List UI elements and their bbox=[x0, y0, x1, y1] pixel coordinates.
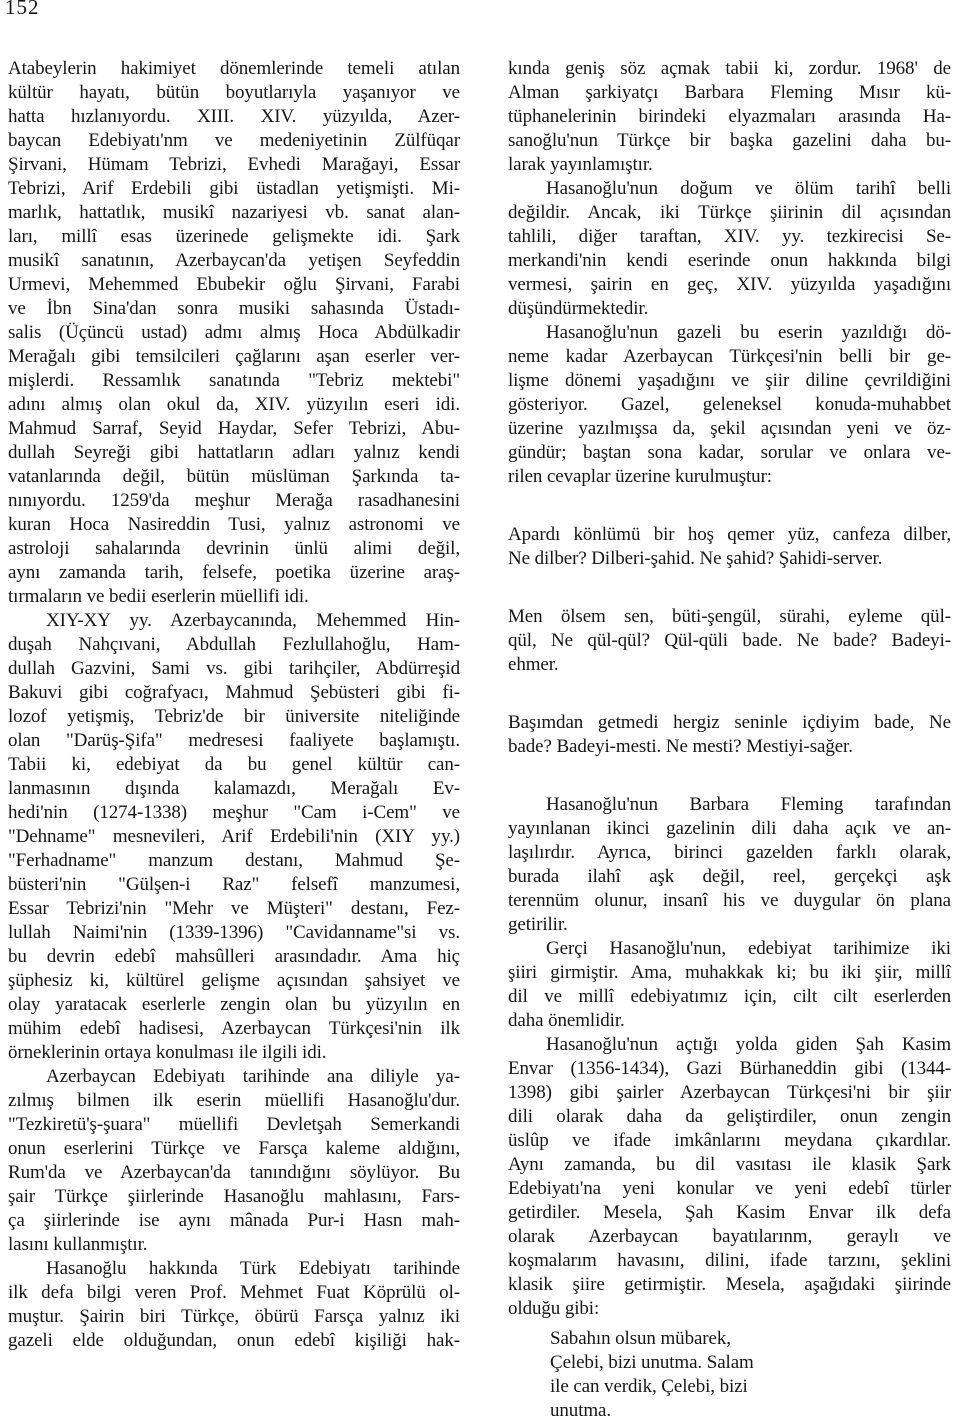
paragraph: XIY-XY yy. Azerbaycanında, Mehemmed Hin-… bbox=[8, 609, 460, 1065]
text-line: vermesi, şairin en geç, XIV. yüzyılda ya… bbox=[508, 273, 951, 297]
text-line: ve İbn Sina'dan sonra musiki sahasında Ü… bbox=[8, 297, 460, 321]
text-line: ları, millî esas üzerinede gelişmekte id… bbox=[8, 225, 460, 249]
text-line: lullah Naimi'nin (1339-1396) "Cavidannam… bbox=[8, 921, 460, 945]
paragraph: Hasanoğlu'nun gazeli bu eserin yazıldığı… bbox=[508, 321, 951, 489]
text-line: Hasanoğlu'nun açtığı yolda giden Şah Kas… bbox=[508, 1033, 951, 1057]
text-line: muştur. Şairin biri Türkçe, öbürü Farsça… bbox=[8, 1305, 460, 1329]
text-line: Hasanoğlu'nun doğum ve ölüm tarihî belli bbox=[508, 177, 951, 201]
text-line: yayınlanan ikinci gazelinin dili daha aç… bbox=[508, 817, 951, 841]
left-column: Atabeylerin hakimiyet dönemlerinde temel… bbox=[8, 57, 460, 1353]
text-line: Alman şarkiyatçı Barbara Fleming Mısır k… bbox=[508, 81, 951, 105]
text-line: lasını kullanmıştır. bbox=[8, 1233, 460, 1257]
text-line: duşah Nahçıvani, Abdullah Fezlullahoğlu,… bbox=[8, 633, 460, 657]
text-line: şair Türkçe şiirlerinde Hasanoğlu mahlas… bbox=[8, 1185, 460, 1209]
text-line: lişme dönemi yaşadığını ve şiir diline ç… bbox=[508, 369, 951, 393]
spacer bbox=[508, 677, 951, 711]
text-line: "Ferhadname" manzum destanı, Mahmud Şe- bbox=[8, 849, 460, 873]
text-line: "Tezkiretü'ş-şuara" müellifi Devletşah S… bbox=[8, 1113, 460, 1137]
text-line: ça şiirlerinde ise aynı mânada Pur-i Has… bbox=[8, 1209, 460, 1233]
text-line: astroloji sahalarında devrinin ünlü alim… bbox=[8, 537, 460, 561]
document-page: 152 Atabeylerin hakimiyet dönemlerinde t… bbox=[0, 0, 960, 1428]
text-line: Essar Tebrizi'nin "Mehr ve Müşteri" dest… bbox=[8, 897, 460, 921]
text-line: dullah Seyreği gibi hattatların adları y… bbox=[8, 441, 460, 465]
poem-stanza: Sabahın olsun mübarek,Çelebi, bizi unutm… bbox=[550, 1327, 951, 1423]
paragraph: Hasanoğlu'nun doğum ve ölüm tarihî belli… bbox=[508, 177, 951, 321]
text-line: getirdiler. Mesela, Şah Kasim Envar ilk … bbox=[508, 1201, 951, 1225]
text-line: burada ilahî aşk değil, reel, gerçekçi a… bbox=[508, 865, 951, 889]
text-line: lanmasının dışında kalamazdı, Merağalı E… bbox=[8, 777, 460, 801]
text-line: dili olarak daha da geliştirdiler, onun … bbox=[508, 1105, 951, 1129]
page-number: 152 bbox=[5, 0, 40, 18]
text-line: Aynı zamanda, bu dil vasıtası ile klasik… bbox=[508, 1153, 951, 1177]
text-line: onun eserlerini Türkçe ve Farsça kaleme … bbox=[8, 1137, 460, 1161]
text-line: gazeli elde olduğundan, onun edebî kişil… bbox=[8, 1329, 460, 1353]
text-line: Atabeylerin hakimiyet dönemlerinde temel… bbox=[8, 57, 460, 81]
text-line: mişlerdi. Ressamlık sanatında "Tebriz me… bbox=[8, 369, 460, 393]
text-line: lozof yetişmiş, Tebriz'de bir üniversite… bbox=[8, 705, 460, 729]
verse-line: Çelebi, bizi unutma. Salam bbox=[550, 1351, 951, 1375]
verse-line: Ne dilber? Dilberi-şahid. Ne şahid? Şahi… bbox=[508, 547, 951, 571]
verse-line: ile can verdik, Çelebi, bizi bbox=[550, 1375, 951, 1399]
text-line: sanoğlu'nun Türkçe bir başka gazelini da… bbox=[508, 129, 951, 153]
poem-stanza: Başımdan getmedi hergiz seninle içdiyim … bbox=[508, 711, 951, 759]
text-line: bu devrin edebî mahsûlleri arasındadır. … bbox=[8, 945, 460, 969]
text-line: Envar (1356-1434), Gazi Bürhaneddin gibi… bbox=[508, 1057, 951, 1081]
text-line: Şirvani, Hümam Tebrizi, Evhedi Marağayi,… bbox=[8, 153, 460, 177]
text-line: musikî sanatının, Azerbaycan'da yetişen … bbox=[8, 249, 460, 273]
verse-line: Men ölsem sen, büti-şengül, sürahi, eyle… bbox=[508, 605, 951, 629]
text-line: daha önemlidir. bbox=[508, 1009, 951, 1033]
text-line: Hasanoğlu'nun gazeli bu eserin yazıldığı… bbox=[508, 321, 951, 345]
text-line: marlık, hattatlık, musikî nazariyesi vb.… bbox=[8, 201, 460, 225]
text-line: üslûp ve ifade imkânlarını meydana çıkar… bbox=[508, 1129, 951, 1153]
text-line: hedi'nin (1274-1338) meşhur "Cam i-Cem" … bbox=[8, 801, 460, 825]
text-line: hatta hızlanıyordu. XIII. XIV. yüzyılda,… bbox=[8, 105, 460, 129]
text-line: larak yayınlamıştır. bbox=[508, 153, 951, 177]
text-line: gündür; baştan sona kadar, sorular ve on… bbox=[508, 441, 951, 465]
paragraph: Hasanoğlu hakkında Türk Edebiyatı tarihi… bbox=[8, 1257, 460, 1353]
text-line: mühim edebî hadisesi, Azerbaycan Türkçes… bbox=[8, 1017, 460, 1041]
text-line: şüphesiz ki, kültürel gelişme açısından … bbox=[8, 969, 460, 993]
text-line: getirilir. bbox=[508, 913, 951, 937]
paragraph: Gerçi Hasanoğlu'nun, edebiyat tarihimize… bbox=[508, 937, 951, 1033]
text-line: kültür hayatı, bütün boyutlarıyla yaşanı… bbox=[8, 81, 460, 105]
text-line: koşmalarım havasını, dilini, ifade tarzı… bbox=[508, 1249, 951, 1273]
right-column: kında geniş söz açmak tabii ki, zordur. … bbox=[508, 57, 951, 1423]
text-line: olan "Darüş-Şifa" medresesi faaliyete ba… bbox=[8, 729, 460, 753]
text-line: neme kadar Azerbaycan Türkçesi'nin belli… bbox=[508, 345, 951, 369]
verse-line: Başımdan getmedi hergiz seninle içdiyim … bbox=[508, 711, 951, 735]
text-line: değildir. Ancak, iki Türkçe şiirinin dil… bbox=[508, 201, 951, 225]
poem-stanza: Apardı könlümü bir hoş qemer yüz, canfez… bbox=[508, 523, 951, 571]
text-line: Edebiyatı'na yeni konular ve yeni edebî … bbox=[508, 1177, 951, 1201]
text-line: tüphanelerinin birindeki elyazmaları ara… bbox=[508, 105, 951, 129]
text-line: kında geniş söz açmak tabii ki, zordur. … bbox=[508, 57, 951, 81]
verse-line: bade? Badeyi-mesti. Ne mesti? Mestiyi-sa… bbox=[508, 735, 951, 759]
paragraph: Hasanoğlu'nun açtığı yolda giden Şah Kas… bbox=[508, 1033, 951, 1321]
text-line: dullah Gazvini, Sami vs. gibi tarihçiler… bbox=[8, 657, 460, 681]
text-line: örneklerinin ortaya konulması ile ilgili… bbox=[8, 1041, 460, 1065]
verse-line: Apardı könlümü bir hoş qemer yüz, canfez… bbox=[508, 523, 951, 547]
text-line: terennüm olunur, insanî his ve duygular … bbox=[508, 889, 951, 913]
text-line: salis (Üçüncü ustad) admı almış Hoca Abd… bbox=[8, 321, 460, 345]
text-line: zılmış bilmen ilk eserin müellifi Hasano… bbox=[8, 1089, 460, 1113]
text-line: Urmevi, Mehemmed Ebubekir oğlu Şirvani, … bbox=[8, 273, 460, 297]
text-line: klasik şiire getirmiştir. Mesela, aşağıd… bbox=[508, 1273, 951, 1297]
verse-line: Sabahın olsun mübarek, bbox=[550, 1327, 951, 1351]
verse-line: qül, Ne qül-qül? Qül-qüli bade. Ne bade?… bbox=[508, 629, 951, 653]
text-line: nınıyordu. 1259'da meşhur Merağa rasadha… bbox=[8, 489, 460, 513]
spacer bbox=[508, 571, 951, 605]
text-line: XIY-XY yy. Azerbaycanında, Mehemmed Hin- bbox=[8, 609, 460, 633]
text-line: baycan Edebiyatı'nm ve medeniyetinin Zül… bbox=[8, 129, 460, 153]
text-line: adını almış olan okul da, XIV. yüzyılın … bbox=[8, 393, 460, 417]
text-line: büsteri'nin "Gülşen-i Raz" felsefî manzu… bbox=[8, 873, 460, 897]
text-line: Hasanoğlu hakkında Türk Edebiyatı tarihi… bbox=[8, 1257, 460, 1281]
text-line: Gerçi Hasanoğlu'nun, edebiyat tarihimize… bbox=[508, 937, 951, 961]
poem-stanza: Men ölsem sen, büti-şengül, sürahi, eyle… bbox=[508, 605, 951, 677]
verse-line: unutma. bbox=[550, 1399, 951, 1423]
text-line: laşılırdır. Ayrıca, birinci gazelden far… bbox=[508, 841, 951, 865]
text-line: aynı zamanda tarih, felsefe, poetika üze… bbox=[8, 561, 460, 585]
text-line: kuran Hoca Nasireddin Tusi, yalnız astro… bbox=[8, 513, 460, 537]
text-line: Mahmud Sarraf, Seyid Haydar, Sefer Tebri… bbox=[8, 417, 460, 441]
text-line: vatanlarında değil, bütün müslüman Şarkı… bbox=[8, 465, 460, 489]
text-line: Rum'da ve Azerbaycan'da tanındığını söyl… bbox=[8, 1161, 460, 1185]
text-line: ilk defa bilgi veren Prof. Mehmet Fuat K… bbox=[8, 1281, 460, 1305]
text-line: Tabii ki, edebiyat da bu genel kültür ca… bbox=[8, 753, 460, 777]
text-line: Bakuvi gibi coğrafyacı, Mahmud Şebüsteri… bbox=[8, 681, 460, 705]
text-line: tırmaların ve bedii eserlerin müellifi i… bbox=[8, 585, 460, 609]
text-line: Merağalı gibi temsilcileri çağlarını aşa… bbox=[8, 345, 460, 369]
spacer bbox=[508, 489, 951, 523]
text-line: olduğu gibi: bbox=[508, 1297, 951, 1321]
paragraph: kında geniş söz açmak tabii ki, zordur. … bbox=[508, 57, 951, 177]
spacer bbox=[508, 759, 951, 793]
paragraph: Hasanoğlu'nun Barbara Fleming tarafından… bbox=[508, 793, 951, 937]
verse-line: ehmer. bbox=[508, 653, 951, 677]
text-line: "Dehname" mesnevileri, Arif Erdebili'nin… bbox=[8, 825, 460, 849]
text-line: Azerbaycan Edebiyatı tarihinde ana diliy… bbox=[8, 1065, 460, 1089]
text-line: Hasanoğlu'nun Barbara Fleming tarafından bbox=[508, 793, 951, 817]
text-line: rilen cevaplar üzerine kurulmuştur: bbox=[508, 465, 951, 489]
text-line: merkandi'nin kendi eserinde onun hakkınd… bbox=[508, 249, 951, 273]
text-line: olay yaratacak eserlerle zengin olan bu … bbox=[8, 993, 460, 1017]
text-line: şiiri girmiştir. Ama, muhakkak ki; bu ik… bbox=[508, 961, 951, 985]
paragraph: Atabeylerin hakimiyet dönemlerinde temel… bbox=[8, 57, 460, 609]
paragraph: Azerbaycan Edebiyatı tarihinde ana diliy… bbox=[8, 1065, 460, 1257]
text-line: Tebrizi, Arif Erdebili gibi üstadlan yet… bbox=[8, 177, 460, 201]
text-line: olarak Azerbaycan bayatılarınm, geraylı … bbox=[508, 1225, 951, 1249]
text-line: düşündürmektedir. bbox=[508, 297, 951, 321]
text-line: üzerine yazılmışsa da, şekil açısından y… bbox=[508, 417, 951, 441]
text-line: gösteriyor. Gazel, geleneksel konuda-muh… bbox=[508, 393, 951, 417]
text-line: tahlili, diğer taraftan, XIV. yy. tezkir… bbox=[508, 225, 951, 249]
text-line: dil ve millî edebiyatımız için, cilt cil… bbox=[508, 985, 951, 1009]
text-line: 1398) gibi şairler Azerbaycan Türkçesi'n… bbox=[508, 1081, 951, 1105]
